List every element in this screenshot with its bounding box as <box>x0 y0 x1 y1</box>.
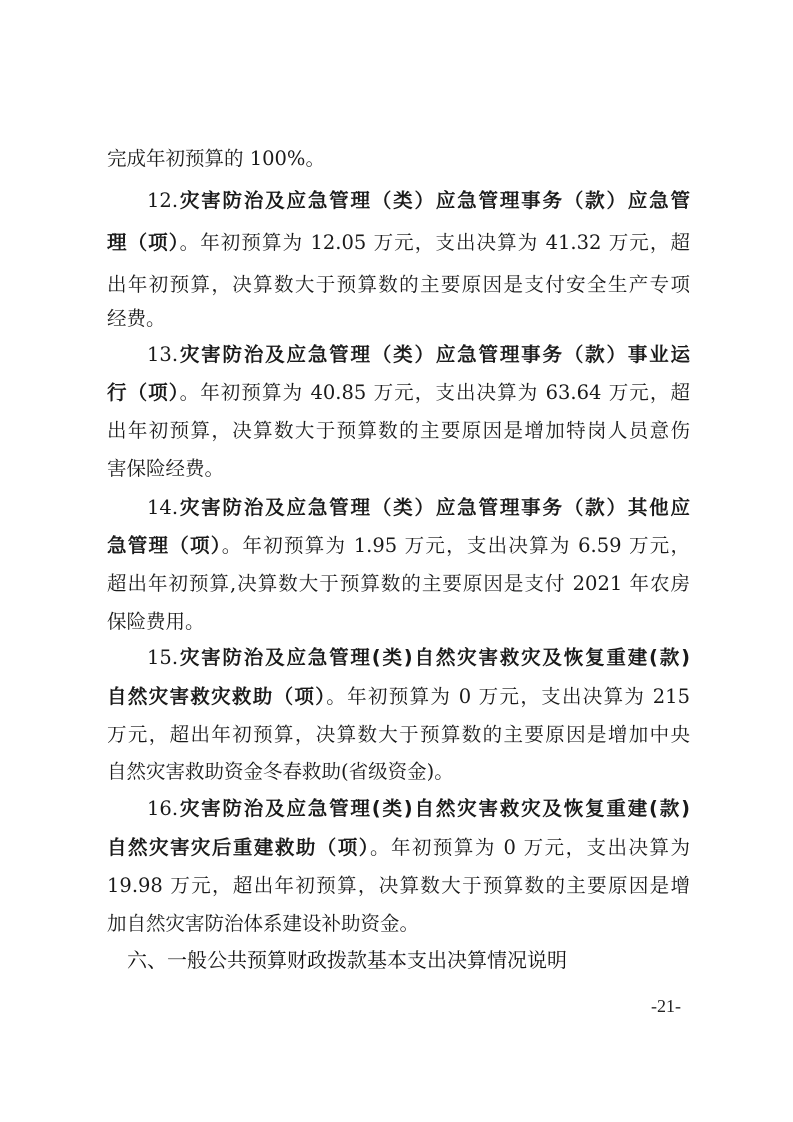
item-title: 灾害防治及应急管理(类)自然灾害救灾及恢复重建(款) <box>178 797 690 820</box>
item-title-cont: 自然灾害灾后重建救助（项） <box>107 836 370 859</box>
item-body: 。年初预算为 40.85 万元，支出决算为 63.64 万元，超 <box>180 381 690 404</box>
item-title: 灾害防治及应急管理（类）应急管理事务（款）应急管 <box>178 189 690 212</box>
item-title: 灾害防治及应急管理（类）应急管理事务（款）其他应 <box>178 496 690 519</box>
item-16-line-3: 19.98 万元，超出年初预算，决算数大于预算数的主要原因是增 <box>107 871 690 901</box>
item-title: 灾害防治及应急管理（类）应急管理事务（款）事业运 <box>178 343 690 366</box>
item-13-line-2: 行（项）。年初预算为 40.85 万元，支出决算为 63.64 万元，超 <box>107 378 690 408</box>
item-15-line-3: 万元，超出年初预算，决算数大于预算数的主要原因是增加中央 <box>107 720 690 750</box>
item-15-line-4: 自然灾害救助资金冬春救助(省级资金)。 <box>107 757 690 787</box>
item-body: 。年初预算为 0 万元，支出决算为 <box>370 836 690 859</box>
item-16-line-2: 自然灾害灾后重建救助（项）。年初预算为 0 万元，支出决算为 <box>107 833 690 863</box>
item-15-line-2: 自然灾害救灾救助（项）。年初预算为 0 万元，支出决算为 215 <box>107 682 690 712</box>
item-13-line-4: 害保险经费。 <box>107 454 690 484</box>
item-body: 自然灾害救助资金冬春救助(省级资金)。 <box>107 760 454 783</box>
item-body: 出年初预算，决算数大于预算数的主要原因是增加特岗人员意伤 <box>107 419 690 442</box>
item-15-line-1: 15.灾害防治及应急管理(类)自然灾害救灾及恢复重建(款) <box>147 643 690 673</box>
item-number: 16. <box>147 797 178 820</box>
item-13-line-3: 出年初预算，决算数大于预算数的主要原因是增加特岗人员意伤 <box>107 416 690 446</box>
item-16-line-4: 加自然灾害防治体系建设补助资金。 <box>107 909 690 939</box>
item-12-line-1: 12.灾害防治及应急管理（类）应急管理事务（款）应急管 <box>147 186 690 216</box>
item-title-cont: 自然灾害救灾救助（项） <box>107 685 326 708</box>
item-body: 经费。 <box>107 307 166 330</box>
item-body: 害保险经费。 <box>107 457 224 480</box>
item-16-line-1: 16.灾害防治及应急管理(类)自然灾害救灾及恢复重建(款) <box>147 794 690 824</box>
item-14-line-1: 14.灾害防治及应急管理（类）应急管理事务（款）其他应 <box>147 493 690 523</box>
item-number: 14. <box>147 496 178 519</box>
item-14-line-2: 急管理（项）。年初预算为 1.95 万元，支出决算为 6.59 万元， <box>107 531 690 561</box>
item-body: 超出年初预算,决算数大于预算数的主要原因是支付 2021 年农房 <box>107 572 690 595</box>
item-12-line-3: 出年初预算，决算数大于预算数的主要原因是支付安全生产专项 <box>107 270 690 300</box>
intro-text: 完成年初预算的 100%。 <box>107 147 325 170</box>
document-page: 完成年初预算的 100%。 12.灾害防治及应急管理（类）应急管理事务（款）应急… <box>0 0 793 1122</box>
item-body: 。年初预算为 12.05 万元，支出决算为 41.32 万元，超 <box>180 231 690 254</box>
item-body: 。年初预算为 0 万元，支出决算为 215 <box>326 685 690 708</box>
item-title-cont: 理（项） <box>107 231 180 254</box>
item-13-line-1: 13.灾害防治及应急管理（类）应急管理事务（款）事业运 <box>147 340 690 370</box>
item-body: 万元，超出年初预算，决算数大于预算数的主要原因是增加中央 <box>107 723 690 746</box>
item-body: 19.98 万元，超出年初预算，决算数大于预算数的主要原因是增 <box>107 874 690 897</box>
item-number: 15. <box>147 646 178 669</box>
page-number: -21- <box>651 994 681 1018</box>
item-14-line-3: 超出年初预算,决算数大于预算数的主要原因是支付 2021 年农房 <box>107 569 690 599</box>
item-body: 保险费用。 <box>107 610 205 633</box>
item-12-line-4: 经费。 <box>107 304 690 334</box>
item-12-line-2: 理（项）。年初预算为 12.05 万元，支出决算为 41.32 万元，超 <box>107 228 690 258</box>
item-title-cont: 急管理（项） <box>107 534 222 557</box>
item-body: 。年初预算为 1.95 万元，支出决算为 6.59 万元， <box>222 534 690 557</box>
item-body: 加自然灾害防治体系建设补助资金。 <box>107 912 419 935</box>
intro-line: 完成年初预算的 100%。 <box>107 144 690 174</box>
item-title: 灾害防治及应急管理(类)自然灾害救灾及恢复重建(款) <box>178 646 690 669</box>
item-14-line-4: 保险费用。 <box>107 607 690 637</box>
item-title-cont: 行（项） <box>107 381 180 404</box>
item-number: 13. <box>147 343 178 366</box>
item-body: 出年初预算，决算数大于预算数的主要原因是支付安全生产专项 <box>107 273 690 296</box>
item-number: 12. <box>147 189 178 212</box>
section-heading: 六、一般公共预算财政拨款基本支出决算情况说明 <box>127 945 567 975</box>
